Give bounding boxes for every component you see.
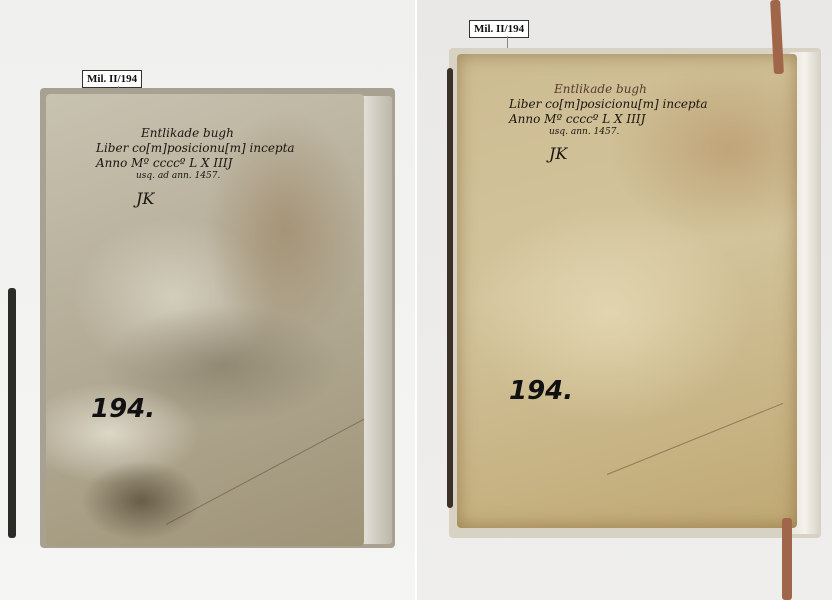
title-line-2: Liber co[m]posicionu[m] incepta — [96, 141, 295, 156]
date-annotation: usq. ad ann. 1457. — [136, 171, 295, 182]
inventory-number: 194. — [91, 394, 155, 424]
left-photo-panel: Mil. II/194 Entlikade bugh Liber co[m]po… — [0, 0, 415, 600]
cover-title-inscription: Entlikade bugh Liber co[m]posicionu[m] i… — [96, 126, 295, 182]
title-line-3: Anno Mº ccccº L X IIIJ — [509, 112, 708, 127]
inventory-number: 194. — [509, 376, 573, 406]
manuscript-book-right: Entlikade bugh Liber co[m]posicionu[m] i… — [449, 48, 821, 538]
bookmark-ribbon-bottom — [782, 518, 792, 600]
title-line-1: Entlikade bugh — [141, 126, 295, 141]
title-line-1: Entlikade bugh — [554, 82, 708, 97]
manuscript-book-left: Entlikade bugh Liber co[m]posicionu[m] i… — [40, 88, 395, 548]
parchment-cover: Entlikade bugh Liber co[m]posicionu[m] i… — [457, 54, 797, 528]
spine-tie — [447, 68, 453, 508]
cover-crease — [166, 416, 364, 525]
title-line-2: Liber co[m]posicionu[m] incepta — [509, 97, 708, 112]
leather-strap — [8, 288, 16, 538]
right-photo-panel: Mil. II/194 Entlikade bugh Liber co[m]po… — [417, 0, 832, 600]
cover-title-inscription: Entlikade bugh Liber co[m]posicionu[m] i… — [509, 82, 708, 138]
shelfmark-label: Mil. II/194 — [82, 70, 142, 88]
cover-crease — [607, 403, 784, 475]
monogram: JK — [136, 189, 154, 209]
shelfmark-label: Mil. II/194 — [469, 20, 529, 38]
title-line-3: Anno Mº ccccº L X IIIJ — [96, 156, 295, 171]
parchment-cover: Entlikade bugh Liber co[m]posicionu[m] i… — [46, 94, 364, 546]
monogram: JK — [549, 144, 567, 164]
date-annotation: usq. ann. 1457. — [549, 127, 708, 138]
